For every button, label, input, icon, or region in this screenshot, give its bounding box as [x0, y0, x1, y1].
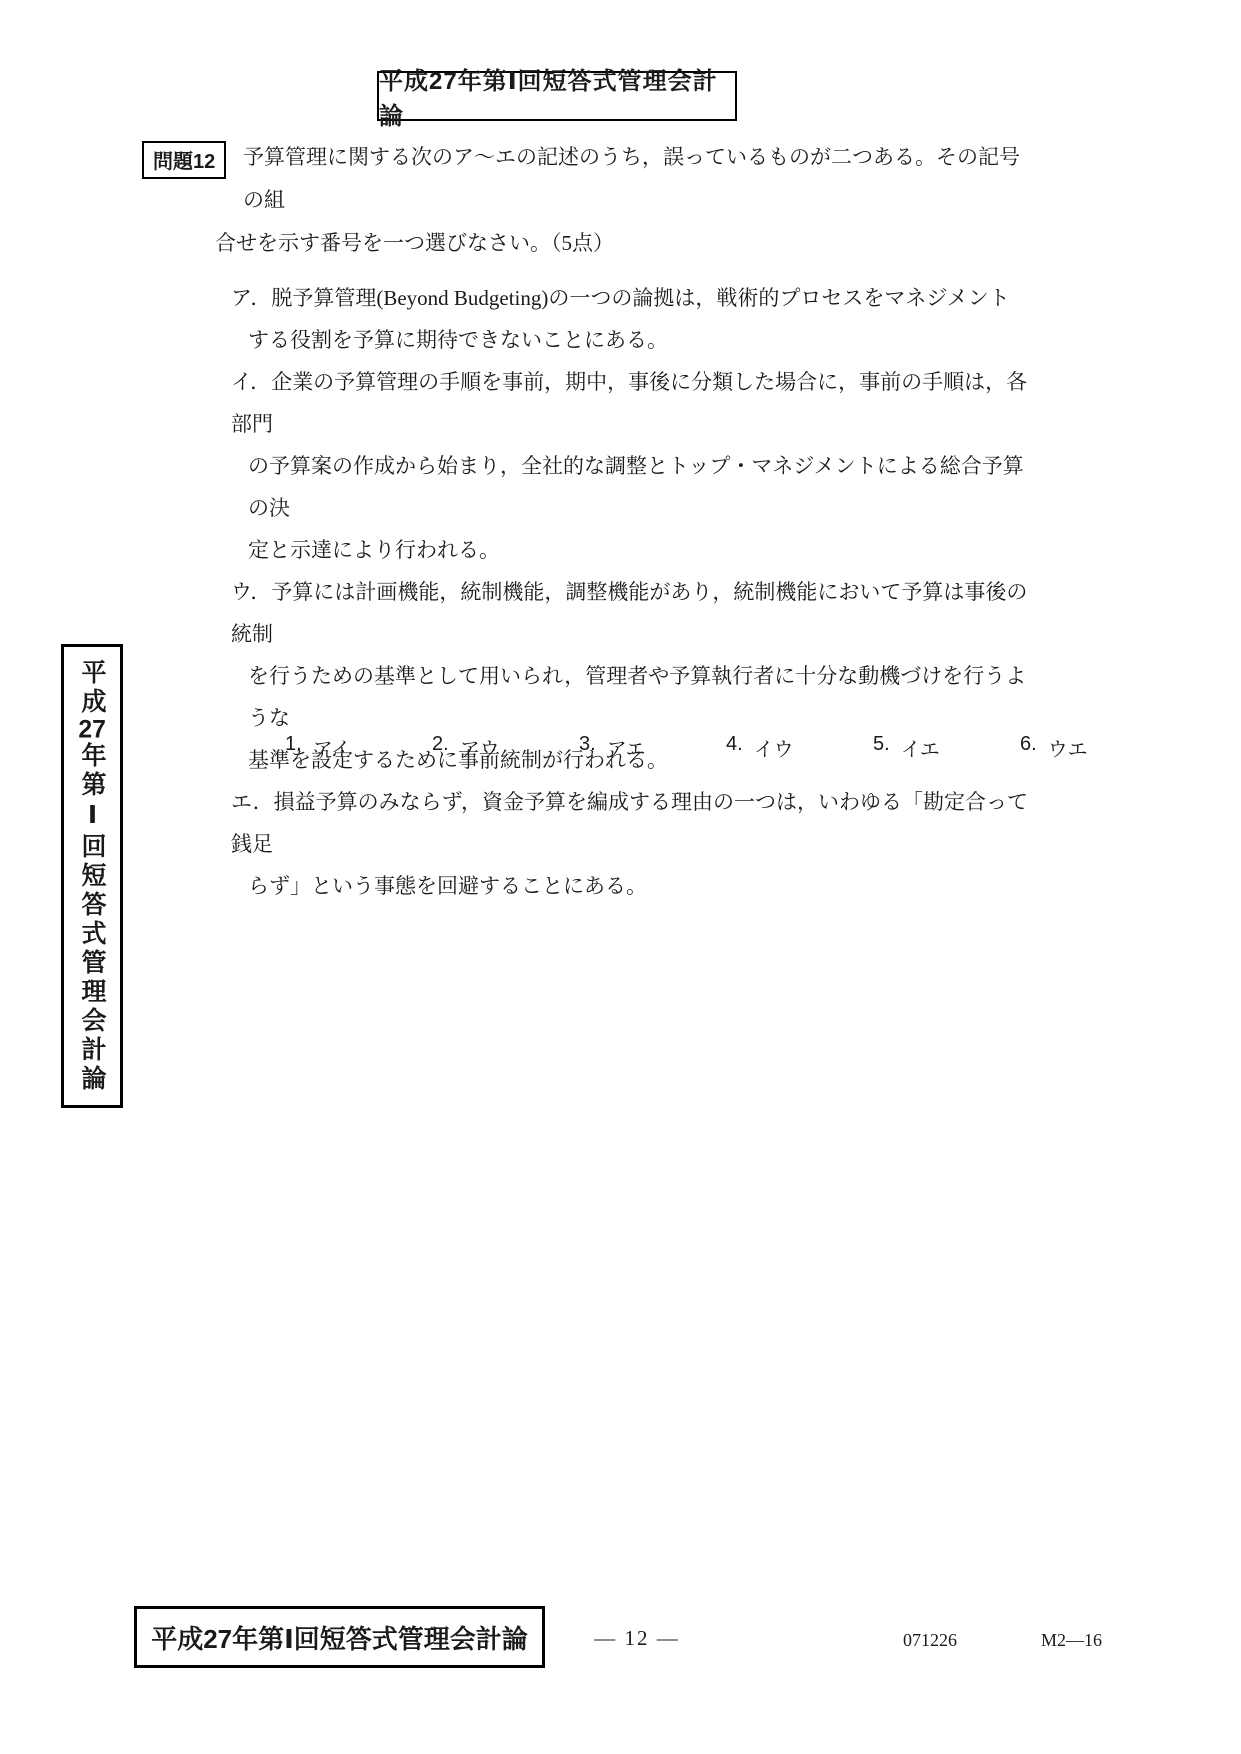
option-number: 1.: [285, 733, 302, 762]
sidebar-title-digits: 27: [78, 717, 106, 742]
doc-code: M2—16: [1041, 1630, 1102, 1651]
option-label: アイ: [313, 733, 351, 762]
option-label: アエ: [607, 733, 646, 762]
statement-line: 予算管理に関する次のア〜エの記述のうち，誤っているものが二つある。その記号の組: [215, 136, 1025, 222]
option-number: 5.: [873, 733, 890, 762]
problem-number-text: 問題12: [153, 151, 215, 173]
header-title-box: 平成27年第Ⅰ回短答式管理会計論: [377, 71, 737, 121]
option-label: イウ: [754, 733, 794, 762]
option-5: 5. イエ: [873, 733, 1020, 762]
problem-statement: 予算管理に関する次のア〜エの記述のうち，誤っているものが二つある。その記号の組 …: [215, 136, 1025, 265]
sidebar-title-part1: 平成: [78, 659, 106, 717]
option-label: アウ: [460, 733, 500, 762]
problem-number-label: 問題12: [142, 141, 226, 179]
page-number: — 12 —: [572, 1626, 702, 1651]
choice-items: ア．脱予算管理(Beyond Budgeting)の一つの論拠は，戦術的プロセス…: [231, 277, 1031, 907]
option-label: ウエ: [1048, 733, 1088, 762]
option-2: 2. アウ: [432, 733, 579, 762]
item-e-line: らず」という事態を回避することにある。: [248, 865, 1031, 907]
sidebar-title: 平成27年第Ⅰ回短答式管理会計論: [74, 659, 110, 1094]
item-e-line: エ．損益予算のみならず，資金予算を編成する理由の一つは，いわゆる「勘定合って銭足: [231, 781, 1031, 865]
option-6: 6. ウエ: [1020, 733, 1167, 762]
print-code: 071226: [903, 1630, 957, 1651]
item-i-line: イ．企業の予算管理の手順を事前，期中，事後に分類した場合に，事前の手順は，各部門: [231, 361, 1031, 445]
sidebar-title-part2: 年第Ⅰ回短答式管理会計論: [78, 742, 106, 1094]
footer-title-box: 平成27年第Ⅰ回短答式管理会計論: [134, 1606, 545, 1668]
item-u-line: を行うための基準として用いられ，管理者や予算執行者に十分な動機づけを行うような: [248, 655, 1031, 739]
item-a-line: する役割を予算に期待できないことにある。: [248, 319, 1031, 361]
option-number: 2.: [432, 733, 449, 762]
option-number: 4.: [726, 733, 743, 762]
option-1: 1. アイ: [285, 733, 432, 762]
item-u-line: ウ．予算には計画機能，統制機能，調整機能があり，統制機能において予算は事後の統制: [231, 571, 1031, 655]
answer-options: 1. アイ 2. アウ 3. アエ 4. イウ 5. イエ 6. ウエ: [285, 733, 1167, 762]
option-4: 4. イウ: [726, 733, 873, 762]
item-i-line: 定と示達により行われる。: [248, 529, 1031, 571]
header-title: 平成27年第Ⅰ回短答式管理会計論: [379, 61, 735, 131]
option-label: イエ: [901, 733, 940, 762]
footer-booklet-title: 平成27年第Ⅰ回短答式管理会計論: [151, 1619, 528, 1656]
option-3: 3. アエ: [579, 733, 726, 762]
exam-page: 平成27年第Ⅰ回短答式管理会計論 問題12 予算管理に関する次のア〜エの記述のう…: [0, 0, 1241, 1754]
item-i-line: の予算案の作成から始まり，全社的な調整とトップ・マネジメントによる総合予算の決: [248, 445, 1031, 529]
option-number: 6.: [1020, 733, 1037, 762]
sidebar-title-box: 平成27年第Ⅰ回短答式管理会計論: [61, 644, 123, 1108]
item-a-line: ア．脱予算管理(Beyond Budgeting)の一つの論拠は，戦術的プロセス…: [231, 277, 1031, 319]
option-number: 3.: [579, 733, 596, 762]
statement-line: 合せを示す番号を一つ選びなさい。（5点）: [215, 222, 1025, 265]
